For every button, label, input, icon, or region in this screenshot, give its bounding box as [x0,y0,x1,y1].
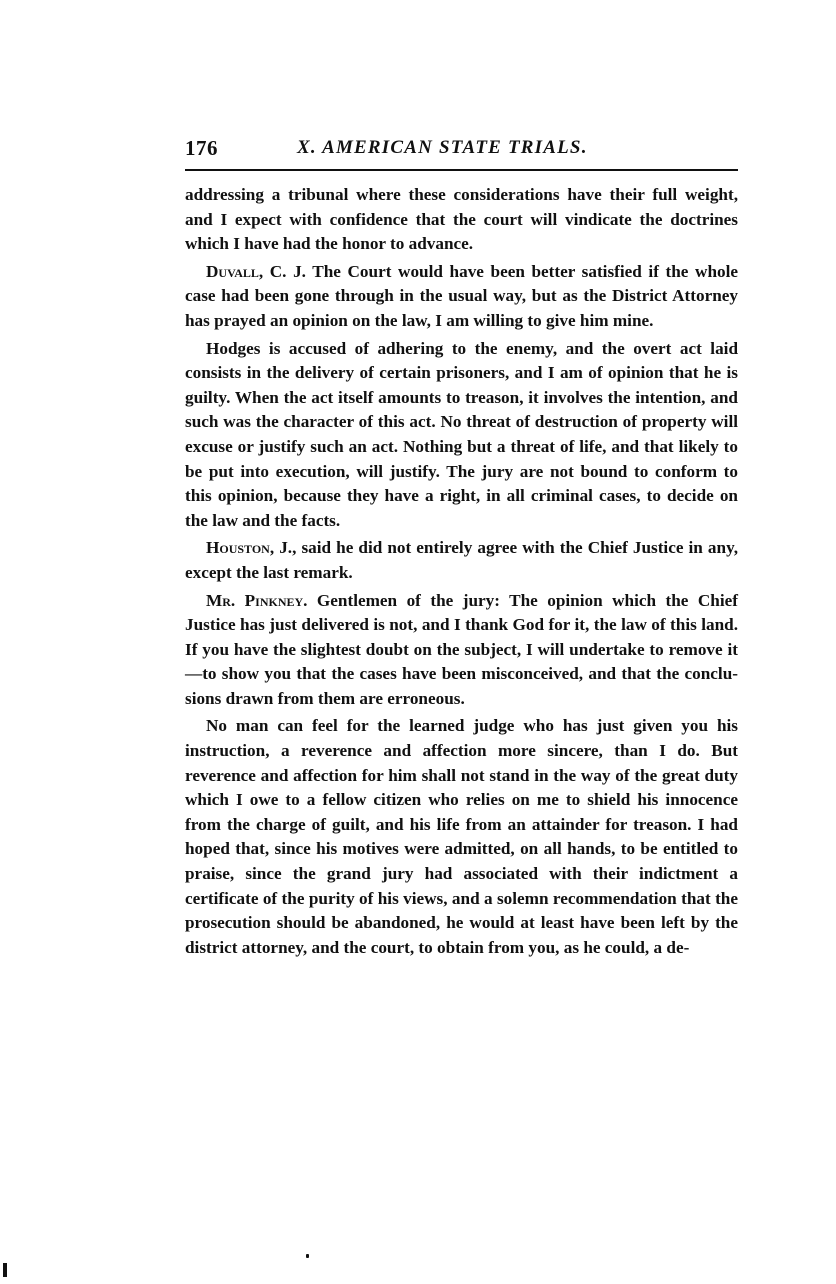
speaker-suffix: , C. J. [259,262,306,281]
speaker-suffix: , J., [270,538,297,557]
paragraph-pinkney: Mr. Pinkney. Gentlemen of the jury: The … [185,589,738,712]
speaker-name: Houston [206,538,270,557]
paragraph-no-man: No man can feel for the learned judge wh… [185,714,738,960]
paragraph-text: No man can feel for the learned judge wh… [185,716,738,956]
paragraph-text: Hodges is accused of adhering to the ene… [185,339,738,530]
speaker-name: Duvall [206,262,259,281]
paragraph-duvall: Duvall, C. J. The Court would have been … [185,260,738,334]
running-title: X. AMERICAN STATE TRIALS. [297,133,588,163]
running-head: 176 X. AMERICAN STATE TRIALS. [185,133,738,163]
book-page: 176 X. AMERICAN STATE TRIALS. addressing… [185,133,738,963]
scan-speck [306,1254,309,1258]
header-rule [185,169,738,171]
body-text: addressing a tribunal where these consid… [185,183,738,960]
paragraph-continuation: addressing a tribunal where these consid… [185,183,738,257]
paragraph-houston: Houston, J., said he did not entirely ag… [185,536,738,585]
paragraph-text: addressing a tribunal where these consid… [185,185,738,253]
speaker-name: Mr. Pinkney [206,591,303,610]
page-number: 176 [185,133,218,163]
paragraph-hodges: Hodges is accused of adhering to the ene… [185,337,738,534]
scan-edge-mark [3,1263,7,1277]
